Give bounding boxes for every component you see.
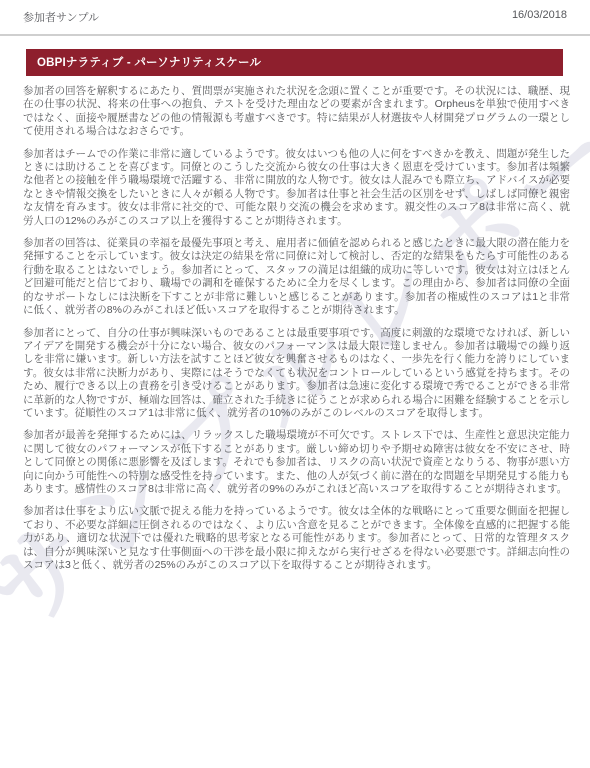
report-paragraph: 参加者はチームでの作業に非常に適しているようです。彼女はいつも他の人に何をすべき… <box>23 148 570 228</box>
participant-name: 参加者サンプル <box>23 9 99 25</box>
section-title: OBPIナラティブ - パーソナリティスケール <box>37 57 261 69</box>
report-body: 参加者の回答を解釈するにあたり、質問票が実施された状況を念頭に置くことが重要です… <box>0 76 590 572</box>
report-paragraph: 参加者の回答を解釈するにあたり、質問票が実施された状況を念頭に置くことが重要です… <box>23 85 570 139</box>
report-date: 16/03/2018 <box>512 9 567 21</box>
report-paragraph: 参加者の回答は、従業員の幸福を最優先事項と考え、雇用者に価値を認められると感じた… <box>23 237 570 317</box>
report-paragraph: 参加者が最善を発揮するためには、リラックスした職場環境が不可欠です。ストレス下で… <box>23 429 570 496</box>
page-header: 参加者サンプル 16/03/2018 <box>0 0 590 25</box>
report-paragraph: 参加者は仕事をより広い文脈で捉える能力を持っているようです。彼女は全体的な戦略に… <box>23 505 570 572</box>
report-paragraph: 参加者にとって、自分の仕事が興味深いものであることは最重要事項です。高度に刺激的… <box>23 327 570 421</box>
header-divider <box>0 34 590 36</box>
report-page: サンプルレポート 参加者サンプル 16/03/2018 OBPIナラティブ - … <box>0 0 590 768</box>
section-title-bar: OBPIナラティブ - パーソナリティスケール <box>26 49 563 76</box>
